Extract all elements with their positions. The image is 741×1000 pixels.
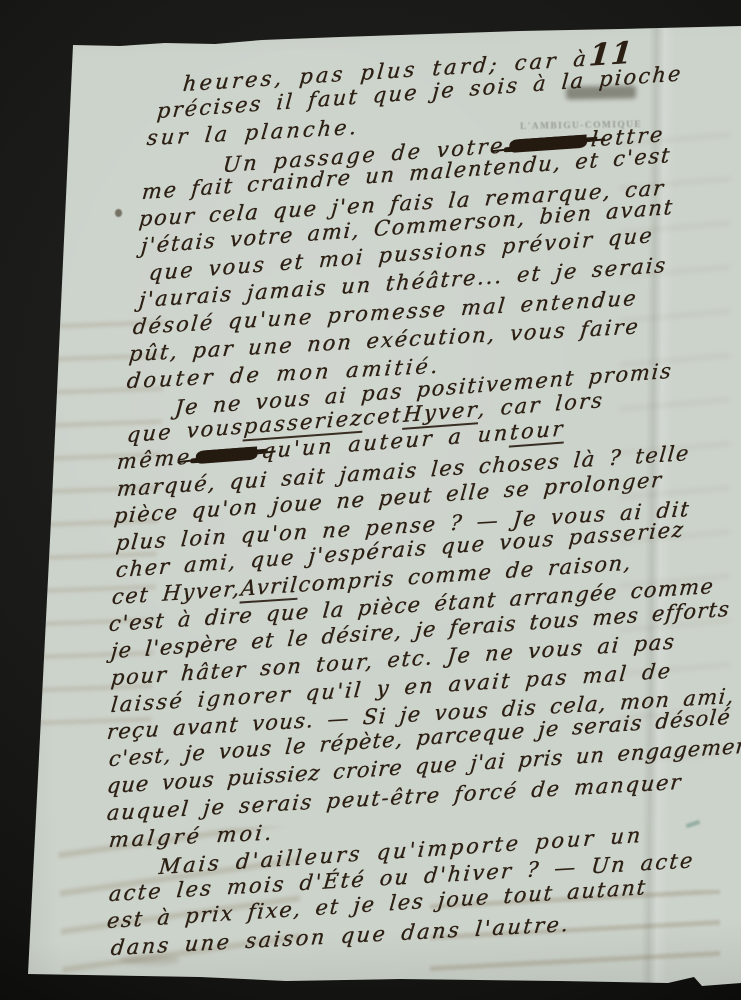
letter-photograph: L'AMBIGU-COMIQUE heures, pas plus tard; … <box>0 0 741 1000</box>
handwriting-segment: même <box>116 444 193 474</box>
handwriting-segment: 11 <box>588 44 634 67</box>
handwriting-segment: tour <box>509 416 566 447</box>
handwritten-text-block: heures, pas plus tard; car à 11précises … <box>95 72 715 963</box>
handwriting-segment: cet <box>363 403 404 430</box>
ink-blot-strikethrough <box>195 446 258 464</box>
handwriting-segment: Avril <box>240 573 300 604</box>
letter-sheet: L'AMBIGU-COMIQUE heures, pas plus tard; … <box>0 0 741 1000</box>
